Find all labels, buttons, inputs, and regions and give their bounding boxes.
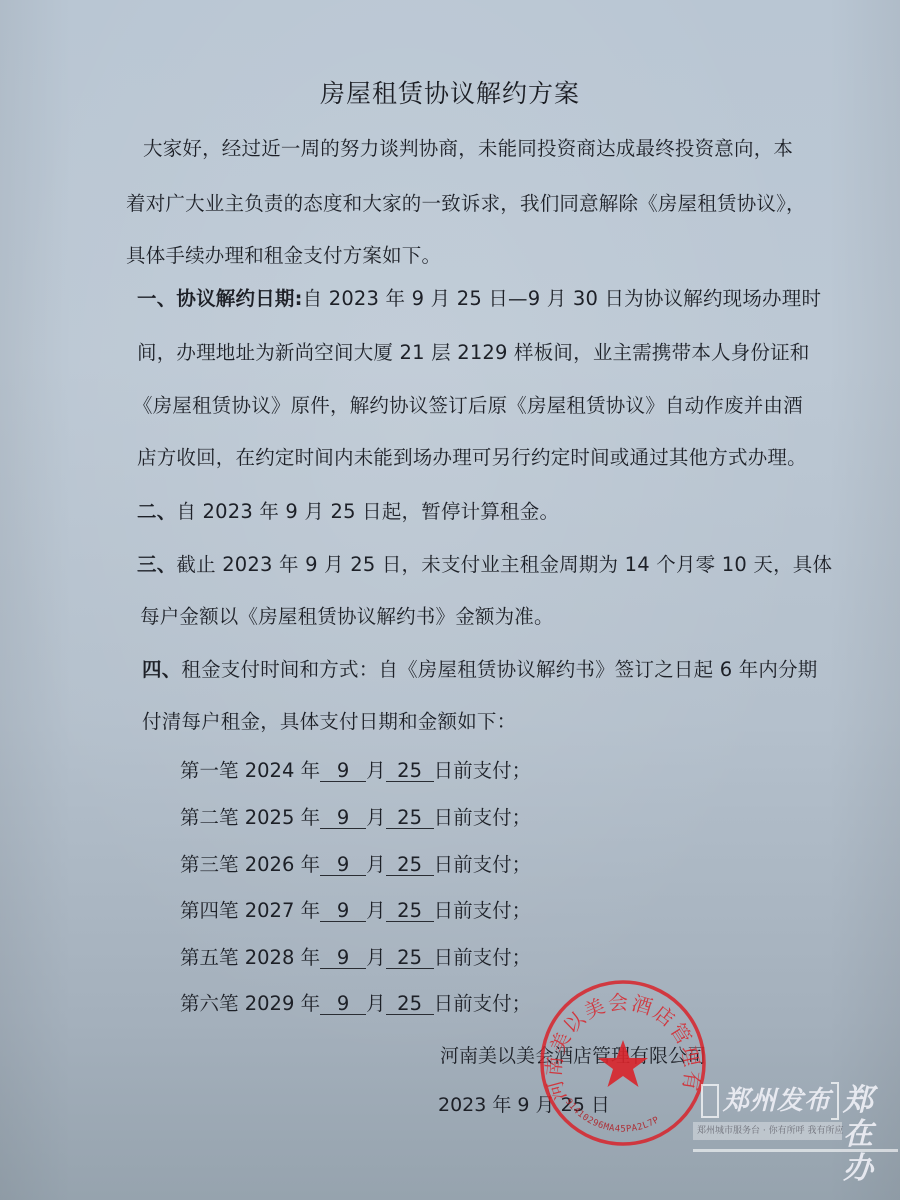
intro-line-1: 大家好，经过近一周的努力谈判协商，未能同投资商达成最终投资意向，本 [143,133,793,161]
watermark-underline [693,1149,898,1152]
schedule-row: 第三笔 2026 年9月25日前支付； [180,849,531,877]
section-2-heading: 二、 [137,500,176,523]
section-1-line-1: 一、协议解约日期:自 2023 年 9 月 25 日—9 月 30 日为协议解约… [137,283,821,311]
schedule-label: 第六笔 [180,992,239,1015]
schedule-label: 第四笔 [180,899,239,922]
section-1-line-2: 间，办理地址为新尚空间大厦 21 层 2129 样板间，业主需携带本人身份证和 [137,337,810,365]
schedule-row: 第六笔 2029 年9月25日前支付； [180,988,531,1016]
unit-month: 月 [366,899,386,922]
schedule-day: 25 [386,994,434,1015]
intro-line-3: 具体手续办理和租金支付方案如下。 [126,240,441,268]
paper-background [0,0,900,1200]
schedule-month: 9 [320,761,366,782]
schedule-month: 9 [320,855,366,876]
unit-year: 年 [301,759,321,782]
schedule-row: 第一笔 2024 年9月25日前支付； [180,755,531,783]
watermark-subtitle: 郑州城市服务台 · 你有所呼 我有所应 [693,1122,842,1140]
unit-suffix: 日前支付； [434,853,532,876]
schedule-day: 25 [386,855,434,876]
schedule-label: 第二笔 [180,806,239,829]
section-2-text: 自 2023 年 9 月 25 日起，暂停计算租金。 [176,500,559,523]
schedule-label: 第五笔 [180,946,239,969]
unit-month: 月 [366,992,386,1015]
section-1-line-4: 店方收回，在约定时间内未能到场办理可另行约定时间或通过其他方式办理。 [137,442,807,470]
logo-icon [701,1084,719,1118]
unit-suffix: 日前支付； [434,806,532,829]
schedule-year: 2027 [245,899,295,922]
unit-month: 月 [366,806,386,829]
schedule-row: 第五笔 2028 年9月25日前支付； [180,942,531,970]
unit-year: 年 [301,853,321,876]
section-3-heading: 三、 [137,553,176,576]
section-4-text: 租金支付时间和方式：自《房屋租赁协议解约书》签订之日起 6 年内分期 [181,658,817,681]
bracket-icon [831,1082,839,1120]
schedule-day: 25 [386,901,434,922]
document-title: 房屋租赁协议解约方案 [0,74,900,110]
schedule-day: 25 [386,808,434,829]
schedule-month: 9 [320,901,366,922]
schedule-year: 2024 [245,759,295,782]
section-4-line-1: 四、租金支付时间和方式：自《房屋租赁协议解约书》签订之日起 6 年内分期 [142,654,818,682]
schedule-year: 2026 [245,853,295,876]
unit-month: 月 [366,853,386,876]
section-1-text: 自 2023 年 9 月 25 日—9 月 30 日为协议解约现场办理时 [303,287,822,310]
section-4-line-2: 付清每户租金，具体支付日期和金额如下： [142,706,516,734]
zhengzhou-fabu-watermark: 郑州发布 郑州城市服务台 · 你有所呼 我有所应 郑在办 [693,1078,898,1158]
schedule-day: 25 [386,761,434,782]
schedule-label: 第三笔 [180,853,239,876]
schedule-month: 9 [320,808,366,829]
schedule-year: 2028 [245,946,295,969]
intro-line-2: 着对广大业主负责的态度和大家的一致诉求，我们同意解除《房屋租赁协议》， [126,188,806,216]
section-1-line-3: 《房屋租赁协议》原件，解约协议签订后原《房屋租赁协议》自动作废并由酒 [133,390,803,418]
unit-suffix: 日前支付； [434,946,532,969]
schedule-year: 2025 [245,806,295,829]
schedule-row: 第二笔 2025 年9月25日前支付； [180,802,531,830]
unit-year: 年 [301,992,321,1015]
unit-suffix: 日前支付； [434,899,532,922]
unit-month: 月 [366,946,386,969]
signature-date: 2023 年 9 月 25 日 [438,1090,610,1117]
unit-year: 年 [301,806,321,829]
section-4-heading: 四、 [142,658,181,681]
schedule-row: 第四笔 2027 年9月25日前支付； [180,895,531,923]
unit-suffix: 日前支付； [434,759,532,782]
watermark-main-text: 郑州发布 [723,1080,831,1117]
section-1-heading: 一、协议解约日期: [137,287,303,310]
schedule-label: 第一笔 [180,759,239,782]
unit-month: 月 [366,759,386,782]
unit-suffix: 日前支付； [434,992,532,1015]
schedule-day: 25 [386,948,434,969]
section-3-line-1: 三、截止 2023 年 9 月 25 日，未支付业主租金周期为 14 个月零 1… [137,549,832,577]
schedule-month: 9 [320,948,366,969]
section-2: 二、自 2023 年 9 月 25 日起，暂停计算租金。 [137,496,559,524]
company-name: 河南美以美会酒店管理有限公司 [440,1041,706,1068]
schedule-year: 2029 [245,992,295,1015]
section-3-line-2: 每户金额以《房屋租赁协议解约书》金额为准。 [140,601,554,629]
watermark-side-text: 郑在办 [843,1084,891,1186]
unit-year: 年 [301,946,321,969]
unit-year: 年 [301,899,321,922]
schedule-month: 9 [320,994,366,1015]
section-3-text: 截止 2023 年 9 月 25 日，未支付业主租金周期为 14 个月零 10 … [176,553,832,576]
